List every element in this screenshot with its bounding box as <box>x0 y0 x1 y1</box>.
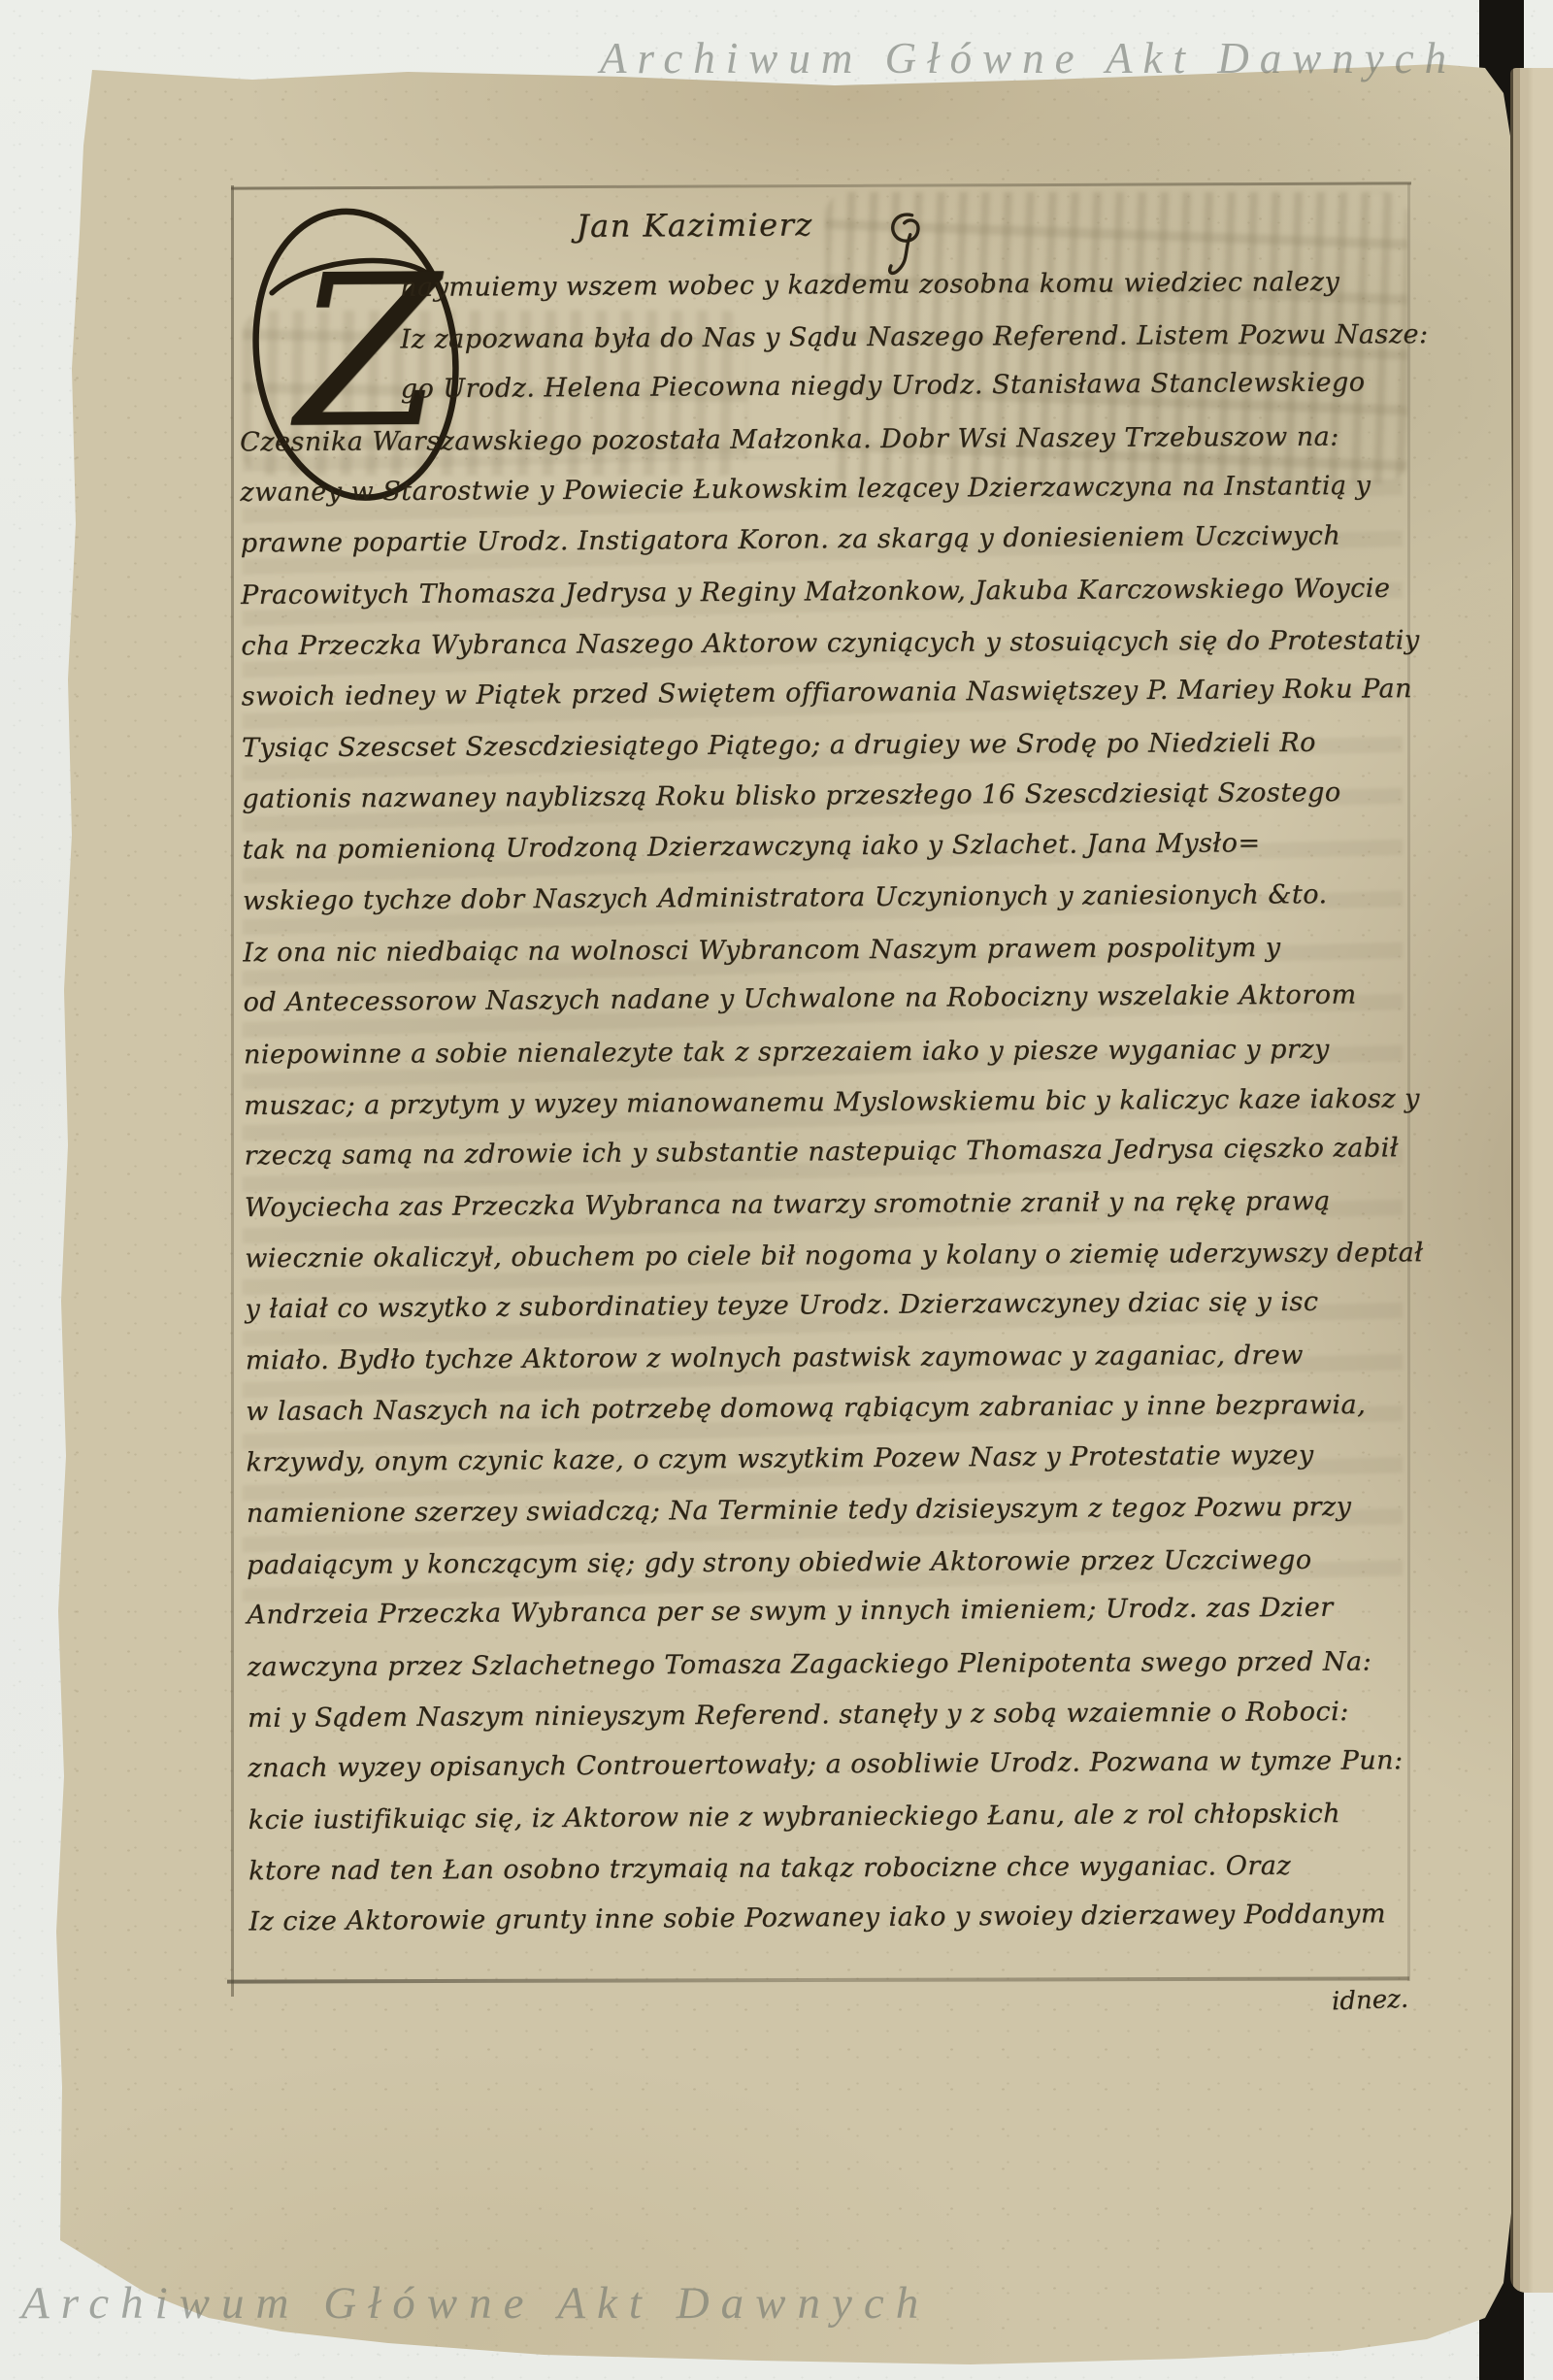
manuscript-line-9: swoich iedney w Piątek przed Swiętem off… <box>242 674 1418 733</box>
manuscript-line-17: muszac; a przytym y wyzey mianowanemu My… <box>244 1083 1420 1141</box>
manuscript-line-28: zawczyna przez Szlachetnego Tomasza Zaga… <box>248 1646 1424 1703</box>
manuscript-line-33: Iz cize Aktorowie grunty inne sobie Pozw… <box>248 1899 1425 1958</box>
manuscript-line-1: naymuiemy wszem wobec y kazdemu zosobna … <box>400 267 1415 324</box>
manuscript-line-24: krzywdy, onym czynic kaze, o czym wszytk… <box>246 1439 1422 1499</box>
manuscript-line-13: wskiego tychze dobr Naszych Administrato… <box>243 879 1419 938</box>
manuscript-line-31: kcie iustifikuiąc się, iz Aktorow nie z … <box>248 1798 1425 1856</box>
manuscript-line-18: rzeczą samą na zdrowie ich y substantie … <box>244 1133 1420 1192</box>
manuscript-page: Jan Kazimierz Z naymuiemy wszem wobec y … <box>0 0 1553 2380</box>
manuscript-line-6: prawne popartie Urodz. Instigatora Koron… <box>241 520 1417 579</box>
ruled-frame-left-line <box>231 185 234 1997</box>
manuscript-line-30: znach wyzey opisanych Controuertowały; a… <box>248 1745 1424 1804</box>
adjacent-page-gutter-edge <box>1510 68 1553 2293</box>
manuscript-line-27: Andrzeia Przeczka Wybranca per se swym y… <box>247 1592 1423 1651</box>
ruled-frame-bottom-line <box>227 1976 1409 1983</box>
manuscript-line-15: od Antecessorow Naszych nadane y Uchwalo… <box>243 979 1419 1039</box>
manuscript-line-12: tak na pomienioną Urodzoną Dzierzawczyną… <box>243 827 1419 886</box>
catchword: idnez. <box>1332 1985 1409 2017</box>
manuscript-line-22: miało. Bydło tychze Aktorow z wolnych pa… <box>246 1340 1422 1398</box>
archival-scan-photo: Jan Kazimierz Z naymuiemy wszem wobec y … <box>0 0 1553 2380</box>
manuscript-line-11: gationis nazwaney nayblizszą Roku blisko… <box>242 777 1418 836</box>
manuscript-line-2: Iz zapozwana była do Nas y Sądu Naszego … <box>400 319 1415 376</box>
manuscript-line-21: y łaiał co wszytko z subordinatiey teyze… <box>245 1286 1421 1345</box>
manuscript-text-block: Jan Kazimierz Z naymuiemy wszem wobec y … <box>239 267 1426 1959</box>
manuscript-line-19: Woyciecha zas Przeczka Wybranca na twarz… <box>245 1185 1421 1243</box>
ruled-frame-top-line <box>231 182 1411 189</box>
manuscript-line-29: mi y Sądem Naszym ninieyszym Referend. s… <box>248 1696 1424 1754</box>
manuscript-line-10: Tysiąc Szescset Szescdziesiątego Piątego… <box>242 728 1418 785</box>
manuscript-line-5: zwaney w Starostwie y Powiecie Łukowskim… <box>240 471 1416 529</box>
manuscript-line-23: w lasach Naszych na ich potrzebę domową … <box>246 1390 1422 1448</box>
manuscript-line-8: cha Przeczka Wybranca Naszego Aktorow cz… <box>241 625 1417 682</box>
manuscript-line-25: namienione szerzey swiadczą; Na Terminie… <box>247 1492 1423 1550</box>
manuscript-line-16: niepowinne a sobie nienalezyte tak z spr… <box>244 1034 1420 1091</box>
manuscript-lines: naymuiemy wszem wobec y kazdemu zosobna … <box>239 267 1426 1959</box>
manuscript-line-4: Czesnika Warszawskiego pozostała Małzonk… <box>240 421 1416 479</box>
manuscript-line-7: Pracowitych Thomasza Jedrysa y Reginy Ma… <box>241 573 1417 631</box>
manuscript-line-3: go Urodz. Helena Piecowna niegdy Urodz. … <box>401 367 1416 425</box>
